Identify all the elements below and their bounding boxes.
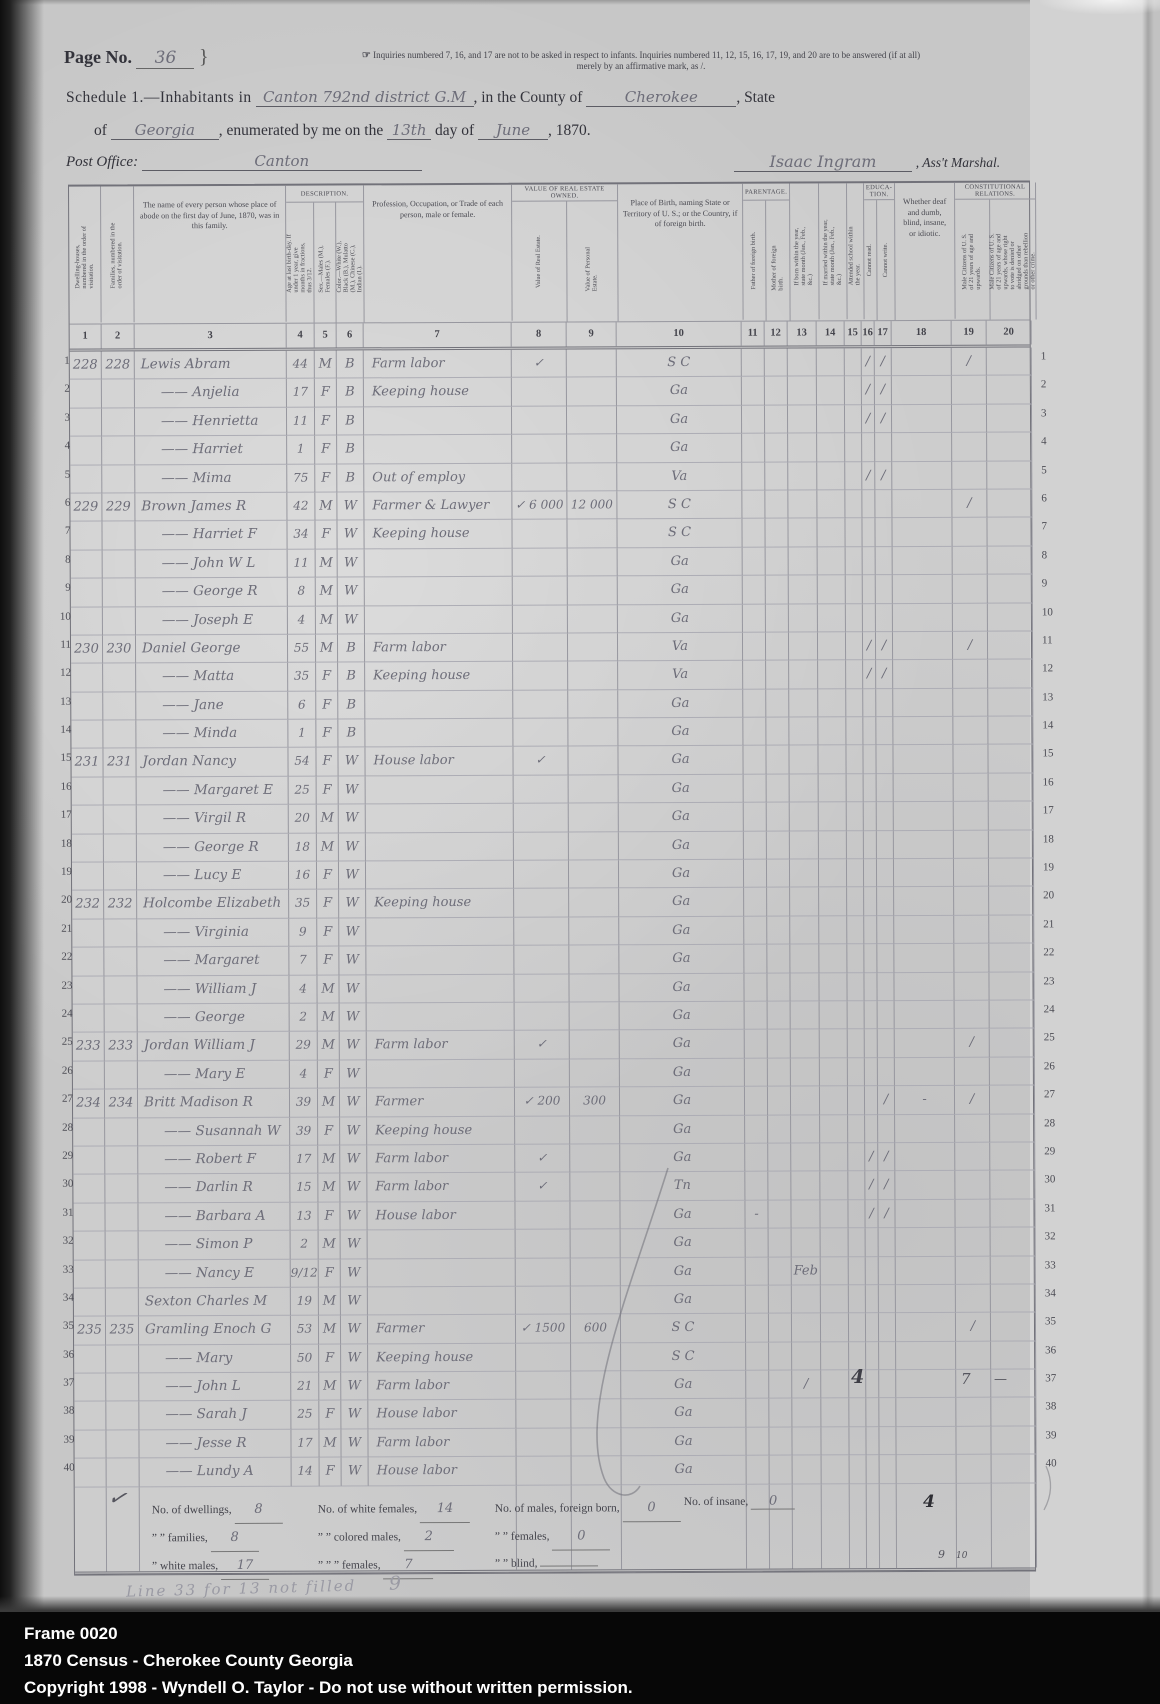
real-estate-value <box>512 463 567 492</box>
personal-estate-value <box>570 1059 620 1088</box>
cannot-read-mark <box>866 1285 879 1313</box>
color: B <box>337 407 364 436</box>
table-row: —— Henrietta11FBGa// <box>70 404 1030 437</box>
personal-estate-value <box>567 406 617 435</box>
mother-foreign-mark <box>770 1456 793 1484</box>
mother-foreign-mark <box>767 831 790 859</box>
row-number: 5 <box>1037 456 1055 484</box>
column-header-12: Mother of foreign birth. <box>766 201 790 321</box>
group-columns: Cannot read.Cannot write. <box>864 200 895 320</box>
attended-school-mark <box>845 405 862 433</box>
row-number: 21 <box>1039 910 1057 938</box>
age: 17 <box>291 1429 319 1458</box>
cannot-write-mark <box>879 1228 896 1256</box>
occupation <box>368 1230 516 1259</box>
row-number: 9 <box>53 574 71 602</box>
deaf-dumb-note <box>896 1398 956 1427</box>
deaf-dumb-note <box>897 1455 957 1484</box>
birth-month <box>788 348 817 377</box>
attended-school-mark <box>849 1228 866 1256</box>
family-number <box>104 976 137 1005</box>
mother-foreign-mark <box>766 576 789 604</box>
row-number: 6 <box>1037 484 1055 512</box>
person-name: —— George <box>138 1004 290 1033</box>
personal-estate-value <box>569 945 619 974</box>
row-number: 2 <box>52 375 70 403</box>
cannot-read-mark <box>864 973 877 1001</box>
table-row: —— Joseph E4MWGa <box>71 603 1031 636</box>
family-number <box>104 806 137 835</box>
dwelling-number <box>73 1061 105 1090</box>
cannot-read-mark <box>866 1228 879 1256</box>
personal-estate-value <box>570 1002 620 1031</box>
row-number: 7 <box>52 517 70 545</box>
citizen-denied-mark <box>989 887 1034 916</box>
birthplace: Ga <box>622 1456 747 1485</box>
row-number: 21 <box>54 914 72 942</box>
header-group-parentage: Parentage.Father of foreign birth.Mother… <box>743 184 791 321</box>
personal-estate-value <box>568 633 618 662</box>
sex: F <box>316 720 338 748</box>
column-label: Male Citizens of U. S. of 21 years of ag… <box>962 230 983 290</box>
column-number: 7 <box>364 323 512 348</box>
married-month <box>819 774 847 803</box>
color: W <box>340 1060 367 1089</box>
person-name: Brown James R <box>135 493 287 522</box>
citizen-denied-mark <box>987 518 1032 547</box>
person-name: Gramling Enoch G <box>139 1316 291 1345</box>
age: 7 <box>289 947 317 976</box>
column-label: Cannot write. <box>882 243 889 277</box>
age: 35 <box>289 890 317 919</box>
color: B <box>338 634 365 663</box>
person-name: —— Simon P <box>139 1231 291 1260</box>
attended-school-mark <box>845 490 862 518</box>
occupation: Farm labor <box>367 1031 515 1060</box>
sex: F <box>315 379 337 407</box>
birthplace: Ga <box>621 1286 746 1315</box>
father-foreign-mark <box>743 661 766 689</box>
birth-month <box>791 1143 820 1172</box>
personal-estate-value <box>571 1286 621 1315</box>
color: W <box>339 890 366 919</box>
deaf-dumb-note <box>892 405 952 434</box>
sex: M <box>318 1003 340 1031</box>
row-number: 17 <box>54 801 72 829</box>
attended-school-mark <box>849 1399 866 1427</box>
schedule-mid3: , enumerated by me on the <box>219 122 383 139</box>
cannot-read-mark <box>865 1001 878 1029</box>
row-number: 37 <box>56 1369 74 1397</box>
row-number: 24 <box>1040 995 1058 1023</box>
column-header-6: Color.—White (W.), Black (B.), Mulatto (… <box>336 202 364 322</box>
person-name: Sexton Charles M <box>139 1288 291 1317</box>
real-estate-value <box>516 1343 571 1372</box>
sex: M <box>316 634 338 662</box>
family-number <box>106 1288 139 1317</box>
father-foreign-mark <box>746 1229 769 1257</box>
citizen-denied-mark <box>991 1313 1036 1342</box>
row-number: 17 <box>1039 797 1057 825</box>
cannot-write-mark <box>876 717 893 745</box>
deaf-dumb-note <box>892 348 952 377</box>
column-label: Mother of foreign birth. <box>771 231 785 291</box>
deaf-dumb-note <box>896 1313 956 1342</box>
personal-estate-value <box>567 349 617 378</box>
attended-school-mark <box>846 575 863 603</box>
deaf-dumb-note <box>892 490 952 519</box>
real-estate-value <box>514 946 569 975</box>
pencil-mark: 7 <box>961 1370 971 1388</box>
cannot-write-mark <box>878 1001 895 1029</box>
father-foreign-mark <box>742 377 765 405</box>
sex: F <box>317 776 339 804</box>
cannot-read-mark <box>864 944 877 972</box>
column-header-17: Cannot write. <box>877 200 895 320</box>
column-number: 18 <box>892 321 952 345</box>
sex: F <box>317 918 339 946</box>
cannot-write-mark <box>876 689 893 717</box>
mother-foreign-mark <box>768 1115 791 1143</box>
row-number: 32 <box>56 1227 74 1255</box>
birthplace: Ga <box>618 547 743 576</box>
table-row: 234234Britt Madison R39MWFarmer✓ 200300G… <box>73 1086 1033 1119</box>
cannot-write-mark <box>877 774 894 802</box>
married-month <box>820 1172 848 1201</box>
attended-school-mark <box>845 433 862 461</box>
deaf-dumb-note: - <box>895 1086 955 1115</box>
sex: F <box>319 1259 341 1287</box>
table-row: —— Barbara A13FWHouse laborGa-// <box>73 1199 1033 1232</box>
age: 39 <box>290 1117 318 1146</box>
male-citizen-mark <box>955 1001 990 1030</box>
dwelling-number <box>70 437 102 466</box>
married-month <box>819 916 847 945</box>
table-row: —— Simon P2MWGa <box>74 1228 1034 1261</box>
personal-estate-value <box>568 718 618 747</box>
personal-estate-value <box>568 548 618 577</box>
footer-value: 2 <box>404 1523 454 1551</box>
deaf-dumb-note <box>894 802 954 831</box>
person-name: —— George R <box>136 578 288 607</box>
dwelling-number <box>72 806 104 835</box>
personal-estate-value <box>571 1343 621 1372</box>
marshal-block: Isaac Ingram , Ass't Marshal. <box>734 152 1000 172</box>
birthplace: Ga <box>620 1200 745 1229</box>
mother-foreign-mark <box>767 860 790 888</box>
male-citizen-mark <box>956 1228 991 1257</box>
deaf-dumb-note <box>894 972 954 1001</box>
family-number <box>106 1402 139 1431</box>
age: 21 <box>291 1373 319 1402</box>
row-number: 15 <box>53 744 71 772</box>
male-citizen-mark <box>956 1256 991 1285</box>
cannot-write-mark <box>877 944 894 972</box>
father-foreign-mark <box>743 746 766 774</box>
cannot-write-mark <box>879 1427 896 1455</box>
birthplace: Ga <box>621 1257 746 1286</box>
row-number: 31 <box>55 1198 73 1226</box>
footer-label: No. of insane, <box>684 1495 749 1507</box>
age: 39 <box>290 1089 318 1118</box>
dwelling-number <box>74 1374 106 1403</box>
person-name: —— Lundy A <box>140 1458 292 1487</box>
person-name: —— Mary E <box>138 1060 290 1089</box>
footer-summary-line: ” ” females, 0 <box>495 1522 681 1551</box>
color: B <box>338 719 365 748</box>
occupation: Farm labor <box>368 1372 516 1401</box>
table-row: —— Darlin R15MWFarm labor✓Tn// <box>73 1171 1033 1204</box>
district-value: Canton 792nd district G.M <box>256 88 474 107</box>
birthplace: S C <box>617 491 742 520</box>
row-number: 4 <box>52 432 70 460</box>
birthplace: Ga <box>620 1144 745 1173</box>
father-foreign-mark <box>745 1087 768 1115</box>
birthplace: Ga <box>621 1229 746 1258</box>
attended-school-mark <box>845 348 862 376</box>
married-month <box>818 547 846 576</box>
cannot-write-mark: / <box>878 1086 895 1114</box>
cannot-read-mark: / <box>865 1200 878 1228</box>
header-group-constitutional: Constitutional Relations.Male Citizens o… <box>955 182 1037 319</box>
schedule-mid2: , State <box>736 89 775 106</box>
birth-month <box>789 632 818 661</box>
cannot-write-mark <box>875 433 892 461</box>
row-number: 16 <box>1039 768 1057 796</box>
personal-estate-value <box>570 1116 620 1145</box>
color: W <box>338 606 365 635</box>
real-estate-value <box>512 406 567 435</box>
column-header-8: Value of Real Estate. <box>512 202 568 322</box>
person-name: —— Mary <box>139 1344 291 1373</box>
real-estate-value <box>516 1230 571 1259</box>
occupation: Farm labor <box>367 1173 515 1202</box>
citizen-denied-mark <box>991 1426 1036 1455</box>
color: W <box>338 748 365 777</box>
birthplace: Ga <box>618 718 743 747</box>
father-foreign-mark <box>745 1115 768 1143</box>
occupation <box>365 577 513 606</box>
page-number-block: Page No. 36 } <box>64 46 209 69</box>
color: W <box>337 492 364 521</box>
male-citizen-mark <box>954 944 989 973</box>
color: W <box>341 1372 368 1401</box>
citizen-denied-mark <box>988 660 1033 689</box>
cannot-read-mark <box>866 1342 879 1370</box>
married-month <box>817 405 845 434</box>
family-number <box>104 777 137 806</box>
cannot-read-mark <box>862 490 875 518</box>
schedule-mid1: , in the County of <box>474 89 583 106</box>
male-citizen-mark <box>952 461 987 490</box>
column-number: 3 <box>135 324 287 349</box>
color: W <box>341 1429 368 1458</box>
group-columns: Father of foreign birth.Mother of foreig… <box>743 201 790 321</box>
father-foreign-mark <box>744 888 767 916</box>
age: 17 <box>287 379 315 408</box>
real-estate-value <box>514 804 569 833</box>
attended-school-mark <box>847 831 864 859</box>
personal-estate-value: 600 <box>571 1315 621 1344</box>
person-name: —— Margaret E <box>137 777 289 806</box>
table-row: —— John L21MWFarm laborGa/ <box>74 1370 1034 1403</box>
personal-estate-value <box>571 1400 621 1429</box>
married-month <box>821 1257 849 1286</box>
row-number: 36 <box>56 1340 74 1368</box>
mother-foreign-mark <box>767 774 790 802</box>
dwelling-number: 229 <box>70 493 102 522</box>
dwelling-number <box>71 721 103 750</box>
schedule-line-2: of Georgia, enumerated by me on the 13th… <box>94 121 591 140</box>
mother-foreign-mark <box>767 916 790 944</box>
person-name: Daniel George <box>136 635 288 664</box>
table-row: —— Mary50FWKeeping houseS C <box>74 1341 1034 1374</box>
birth-month <box>790 888 819 917</box>
real-estate-value: ✓ <box>515 1144 570 1173</box>
footer-summary-column: No. of white females, 14” ” colored male… <box>318 1495 471 1580</box>
age: 53 <box>291 1316 319 1345</box>
row-number: 7 <box>1037 513 1055 541</box>
cannot-read-mark <box>864 802 877 830</box>
column-header-20: Male Citizens of U. S. of 21 years of ag… <box>990 199 1036 319</box>
mother-foreign-mark <box>768 1058 791 1086</box>
deaf-dumb-note <box>895 1200 955 1229</box>
row-number: 20 <box>54 886 72 914</box>
note-number: 9 <box>389 1572 404 1594</box>
age: 34 <box>287 521 315 550</box>
footer-value: 14 <box>420 1495 470 1523</box>
personal-estate-value <box>571 1428 621 1457</box>
personal-estate-value <box>570 1173 620 1202</box>
pencil-mark: 10 <box>956 1551 967 1561</box>
mother-foreign-mark <box>766 632 789 660</box>
dwelling-number <box>74 1288 106 1317</box>
birth-month <box>790 831 819 860</box>
caption-copyright: Copyright 1998 - Wyndell O. Taylor - Do … <box>0 1674 1160 1701</box>
mother-foreign-mark <box>767 803 790 831</box>
cannot-write-mark <box>877 802 894 830</box>
footer-value <box>540 1565 598 1566</box>
column-number: 20 <box>987 320 1032 344</box>
birthplace: Ga <box>617 406 742 435</box>
attended-school-mark <box>847 916 864 944</box>
birth-month: Feb <box>792 1257 821 1286</box>
male-citizen-mark <box>954 830 989 859</box>
birthplace: Va <box>618 661 743 690</box>
dwelling-number <box>74 1430 106 1459</box>
married-month <box>818 689 846 718</box>
caption-bar: Frame 0020 1870 Census - Cherokee County… <box>0 1612 1160 1704</box>
family-number <box>105 1146 138 1175</box>
birthplace: Ga <box>619 803 744 832</box>
personal-estate-value <box>567 463 617 492</box>
personal-estate-value <box>568 662 618 691</box>
family-number <box>102 465 135 494</box>
family-number <box>103 579 136 608</box>
real-estate-value: ✓ <box>512 350 567 379</box>
birthplace: Ga <box>621 1428 746 1457</box>
color: W <box>339 975 366 1004</box>
cannot-write-mark: / <box>875 462 892 490</box>
column-number: 2 <box>102 324 135 348</box>
color: W <box>339 805 366 834</box>
column-number: 6 <box>337 323 364 347</box>
sex: M <box>319 1373 341 1401</box>
color: W <box>339 861 366 890</box>
dwelling-number: 234 <box>73 1090 105 1119</box>
age: 16 <box>289 862 317 891</box>
deaf-dumb-note <box>894 774 954 803</box>
male-citizen-mark <box>953 546 988 575</box>
age: 55 <box>288 635 316 664</box>
column-label: If married within the year, state month … <box>822 217 843 285</box>
attended-school-mark <box>846 661 863 689</box>
row-number: 40 <box>1042 1450 1060 1478</box>
birthplace: S C <box>617 519 742 548</box>
married-month <box>817 433 845 462</box>
birth-month <box>791 1200 820 1229</box>
dwelling-number <box>70 522 102 551</box>
table-row: —— Jesse R17MWFarm laborGa <box>74 1426 1034 1459</box>
attended-school-mark <box>846 746 863 774</box>
deaf-dumb-note <box>893 660 953 689</box>
married-month <box>820 1030 848 1059</box>
table-footer: No. of dwellings, 8” ” families, 8” whit… <box>75 1483 1035 1574</box>
real-estate-value <box>513 719 568 748</box>
cannot-read-mark <box>864 859 877 887</box>
row-number: 40 <box>57 1454 75 1482</box>
dwelling-number <box>72 976 104 1005</box>
cannot-write-mark: / <box>876 632 893 660</box>
person-name: —— Anjelia <box>135 379 287 408</box>
row-number: 26 <box>1040 1052 1058 1080</box>
birthplace: Ga <box>620 1058 745 1087</box>
row-number: 8 <box>53 545 71 573</box>
birthplace: S C <box>621 1342 746 1371</box>
header-group-value: Value of Real Estate Owned.Value of Real… <box>512 184 619 321</box>
cannot-read-mark <box>863 717 876 745</box>
table-row: —— Lundy A14FWHouse laborGa <box>75 1455 1035 1488</box>
column-label: The name of every person whose place of … <box>134 186 285 232</box>
schedule-suffix: , 1870. <box>548 122 591 139</box>
family-number <box>102 408 135 437</box>
father-foreign-mark <box>746 1342 769 1370</box>
male-citizen-mark <box>957 1455 992 1484</box>
real-estate-value <box>515 1059 570 1088</box>
color: W <box>341 1316 368 1345</box>
married-month <box>818 604 846 633</box>
column-header-16: Cannot read. <box>864 200 878 320</box>
footer-label: ” ” colored males, <box>318 1531 401 1543</box>
citizen-denied-mark <box>990 1142 1035 1171</box>
row-number: 34 <box>56 1284 74 1312</box>
mother-foreign-mark <box>766 689 789 717</box>
married-month <box>817 462 845 491</box>
person-name: —— Mima <box>135 464 287 493</box>
sex: M <box>316 578 338 606</box>
birthplace: Ga <box>619 860 744 889</box>
occupation: Keeping house <box>367 1116 515 1145</box>
father-foreign-mark <box>744 945 767 973</box>
male-citizen-mark <box>954 915 989 944</box>
male-citizen-mark: / <box>956 1313 991 1342</box>
cannot-read-mark <box>862 519 875 547</box>
caption-title: 1870 Census - Cherokee County Georgia <box>0 1647 1160 1674</box>
row-number: 5 <box>52 460 70 488</box>
birth-month <box>791 1001 820 1030</box>
mother-foreign-mark <box>769 1314 792 1342</box>
color: W <box>338 549 365 578</box>
